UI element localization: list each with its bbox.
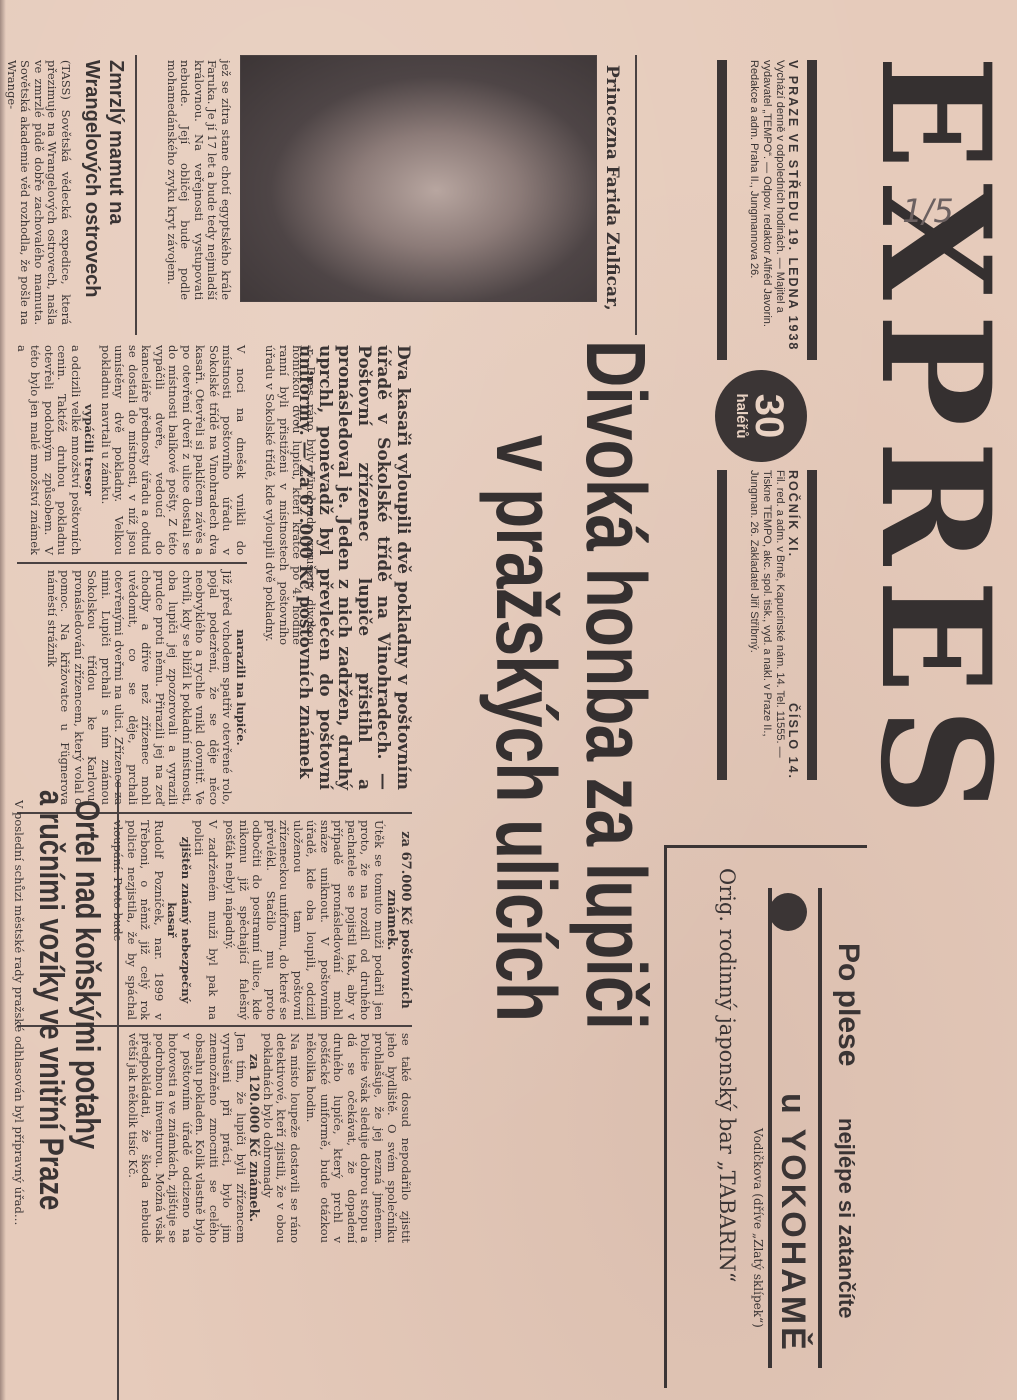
divider-bar (717, 60, 727, 360)
column-rule (17, 562, 247, 564)
price-badge: 30 haléřů (715, 370, 807, 462)
ad-line-3: u YOKOHAMĚ (773, 1093, 812, 1353)
price-value: 30 (749, 394, 789, 439)
bottom-headline-line-2: a ručními vozíky ve vnitřní Praze (33, 790, 69, 1210)
portrait-photo (240, 55, 597, 302)
main-story-para-5: za 67.000 Kč poštovních známek. Útěk se … (111, 820, 412, 1020)
main-story-para-2: V noci na dnešek vnikli do místnosti poš… (15, 345, 248, 555)
photo-story-text: jež se zítra stane chotí egyptského král… (165, 60, 233, 300)
ad-rule (818, 888, 822, 1368)
divider-bar (807, 60, 817, 360)
mammoth-story-text: (TASS) Sovětská vědecká expedice, která … (5, 60, 73, 325)
divider-bar (807, 470, 817, 780)
volume-label: ROČNÍK XI. (786, 470, 799, 558)
newspaper-page: EXPRES V PRAZE VE STŘEDU 19. LEDNA 1938 … (0, 0, 1017, 1400)
divider-rule (117, 780, 119, 1400)
bottom-story-text: V poslední schůzi městské rady pražské o… (12, 800, 26, 1390)
main-story-para-1: -r- Dnes ráno byly Vinohrady vzrušeny di… (263, 345, 317, 645)
ad-rule (768, 888, 772, 1368)
main-headline-line-1: Divoká honba za lupiči (575, 340, 657, 1029)
issue-label: ČÍSLO 14. (786, 703, 799, 780)
mammoth-headline-line-2: Wrangelových ostrovech (81, 60, 103, 297)
divider-rule (135, 55, 137, 335)
divider-bar (717, 470, 727, 780)
advertisement-box: Po plese nejlépe si zatančíte u YOKOHAMĚ… (664, 845, 867, 1388)
main-story-para-8: se také dosud nepodařilo zjistit jeho by… (126, 1033, 413, 1243)
ad-address: Vodičkova (dříve „Zlatý sklípek“) (751, 1128, 765, 1328)
dateline: V PRAZE VE STŘEDU 19. LEDNA 1938 (786, 60, 799, 360)
ad-line-2: nejlépe si zatančíte (833, 1118, 859, 1319)
subhead-kasar: zjištěn známý nebezpečný kasař (165, 820, 192, 1020)
subhead-tresor: vypáčili tresor (82, 345, 96, 555)
bullet-dot-icon (769, 893, 807, 931)
subhead-67000: za 67.000 Kč poštovních známek. (385, 820, 412, 1020)
ad-line-1: Po plese (831, 943, 865, 1066)
branch-info: Fil. red. a adm. v Brně, Kapucínské nám.… (747, 470, 786, 780)
handwritten-note: 1/5 (902, 192, 954, 230)
rotated-newspaper-content: EXPRES V PRAZE VE STŘEDU 19. LEDNA 1938 … (0, 0, 1017, 1400)
divider-rule (635, 55, 637, 335)
main-headline-line-2: v pražských ulicích (485, 435, 567, 1021)
photo-caption: Princezna Farida Zulficar, (602, 65, 622, 311)
main-story-para-4: narazili na lupiče. Již před vchodem spa… (45, 570, 248, 805)
subhead-lupice: narazili na lupiče. (234, 570, 248, 805)
masthead-left-info: V PRAZE VE STŘEDU 19. LEDNA 1938 Vychází… (747, 60, 799, 360)
masthead-right-info: ROČNÍK XI. ČÍSLO 14. Fil. red. a adm. v … (747, 470, 799, 780)
ad-tagline: Orig. rodinný japonský bar „TABARIN“ (715, 868, 739, 1283)
subhead-120000: za 120.000 Kč známek. (247, 1033, 261, 1243)
publisher-info: Vychází denně v odpoledních hodinách. — … (747, 60, 786, 360)
price-unit: haléřů (733, 393, 749, 438)
bottom-headline-line-1: Ortel nad koňskými potahy (69, 800, 105, 1149)
masthead-title: EXPRES (872, 55, 997, 855)
mammoth-headline-line-1: Zmrzlý mamut na (105, 60, 127, 224)
